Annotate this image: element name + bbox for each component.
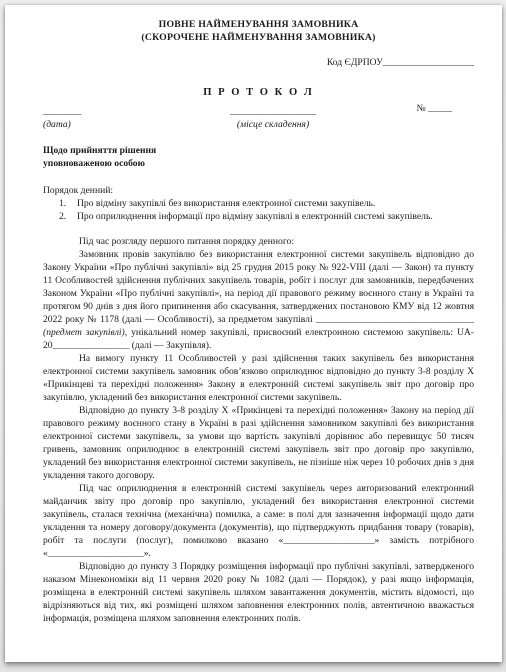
subject-line-2: уповноваженою особою: [43, 157, 474, 170]
protocol-title: П Р О Т О К О Л: [43, 86, 474, 99]
edrpou-line: Код ЄДРПОУ___________________: [43, 56, 474, 69]
paragraph-report-deadline: Відповідно до пункту 3-8 розділу X «Прик…: [43, 404, 474, 482]
date-block: ________ (дата): [43, 106, 193, 131]
body-block: Під час розгляду першого питання порядку…: [43, 235, 474, 625]
customer-short-name: (СКОРОЧЕНЕ НАЙМЕНУВАННЯ ЗАМОВНИКА): [43, 31, 474, 44]
place-label: (місце складення): [193, 118, 353, 131]
paragraph-technical-error: Під час оприлюднення в електронній систе…: [43, 482, 474, 560]
place-block: __________________ (місце складення): [193, 106, 353, 131]
paragraph-publication-requirement: На вимогу пункту 11 Особливостей у разі …: [43, 352, 474, 404]
edrpou-blank: ___________________: [383, 57, 474, 68]
customer-full-name: ПОВНЕ НАЙМЕНУВАННЯ ЗАМОВНИКА: [43, 18, 474, 31]
agenda-item-number: 2.: [59, 210, 77, 223]
number-line: № _____: [353, 102, 474, 115]
date-blank: ________: [43, 106, 193, 118]
paragraph-text: Замовник провів закупівлю без використан…: [43, 249, 474, 325]
agenda-item-text: Про оприлюднення інформації про відміну …: [77, 210, 474, 223]
agenda-block: Порядок денний: 1. Про відміну закупівлі…: [43, 184, 474, 223]
number-label: №: [416, 103, 425, 114]
subject-of-procurement-note: (предмет закупівлі): [43, 327, 125, 338]
paragraph-procurement-basis: Замовник провів закупівлю без використан…: [43, 248, 474, 352]
edrpou-label: Код ЄДРПОУ: [327, 57, 383, 68]
agenda-item-text: Про відміну закупівлі без використання е…: [77, 197, 474, 210]
agenda-item: 2. Про оприлюднення інформації про відмі…: [43, 210, 474, 223]
place-blank: __________________: [193, 106, 353, 118]
paragraph-authentic-information: Відповідно до пункту 3 Порядку розміщенн…: [43, 560, 474, 625]
subject-block: Щодо прийняття рішення уповноваженою осо…: [43, 144, 474, 170]
agenda-item-number: 1.: [59, 197, 77, 210]
subject-line-1: Щодо прийняття рішення: [43, 144, 474, 157]
document-page: ПОВНЕ НАЙМЕНУВАННЯ ЗАМОВНИКА (СКОРОЧЕНЕ …: [5, 5, 502, 662]
number-blank: _____: [428, 103, 452, 114]
agenda-heading: Порядок денний:: [43, 184, 474, 197]
first-question-intro: Під час розгляду першого питання порядку…: [43, 235, 474, 248]
agenda-item: 1. Про відміну закупівлі без використанн…: [43, 197, 474, 210]
meta-row: ________ (дата) __________________ (місц…: [43, 106, 474, 131]
date-label: (дата): [43, 118, 193, 131]
